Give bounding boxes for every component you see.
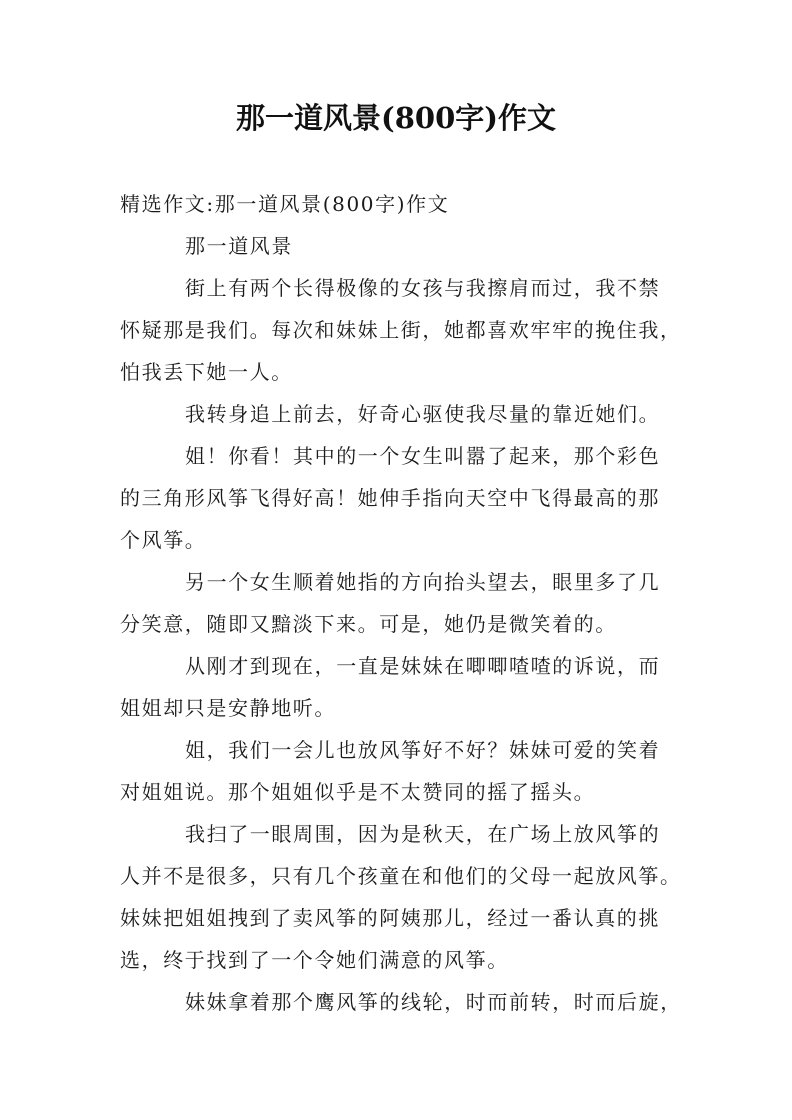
- paragraph-line: 妹妹把姐姐拽到了卖风筝的阿姨那儿，经过一番认真的挑: [120, 897, 656, 939]
- paragraph-line: 选，终于找到了一个令她们满意的风筝。: [120, 939, 656, 981]
- document-page: 那一道风景(800字)作文 精选作文:那一道风景(800字)作文 那一道风景 街…: [0, 0, 792, 1120]
- document-title: 那一道风景(800字)作文: [0, 96, 792, 137]
- paragraph-line: 对姐姐说。那个姐姐似乎是不太赞同的摇了摇头。: [120, 771, 656, 813]
- paragraph-line: 个风筝。: [120, 519, 656, 561]
- paragraph-line: 我转身追上前去，好奇心驱使我尽量的靠近她们。: [120, 393, 656, 435]
- essay-heading: 那一道风景: [120, 225, 656, 267]
- paragraph-line: 姐，我们一会儿也放风筝好不好？妹妹可爱的笑着: [120, 729, 656, 771]
- paragraph-line: 我扫了一眼周围，因为是秋天，在广场上放风筝的: [120, 813, 656, 855]
- paragraph-line: 的三角形风筝飞得好高！她伸手指向天空中飞得最高的那: [120, 477, 656, 519]
- paragraph-line: 姐姐却只是安静地听。: [120, 687, 656, 729]
- paragraph-line: 妹妹拿着那个鹰风筝的线轮，时而前转，时而后旋，: [120, 981, 656, 1023]
- subtitle-line: 精选作文:那一道风景(800字)作文: [120, 183, 656, 225]
- paragraph-line: 怕我丢下她一人。: [120, 351, 656, 393]
- paragraph-line: 怀疑那是我们。每次和妹妹上街，她都喜欢牢牢的挽住我，: [120, 309, 656, 351]
- paragraph-line: 从刚才到现在，一直是妹妹在唧唧喳喳的诉说，而: [120, 645, 656, 687]
- paragraph-line: 人并不是很多，只有几个孩童在和他们的父母一起放风筝。: [120, 855, 656, 897]
- paragraph-line: 分笑意，随即又黯淡下来。可是，她仍是微笑着的。: [120, 603, 656, 645]
- document-body: 精选作文:那一道风景(800字)作文 那一道风景 街上有两个长得极像的女孩与我擦…: [120, 183, 656, 1023]
- paragraph-line: 另一个女生顺着她指的方向抬头望去，眼里多了几: [120, 561, 656, 603]
- paragraph-line: 街上有两个长得极像的女孩与我擦肩而过，我不禁: [120, 267, 656, 309]
- paragraph-line: 姐！你看！其中的一个女生叫嚣了起来，那个彩色: [120, 435, 656, 477]
